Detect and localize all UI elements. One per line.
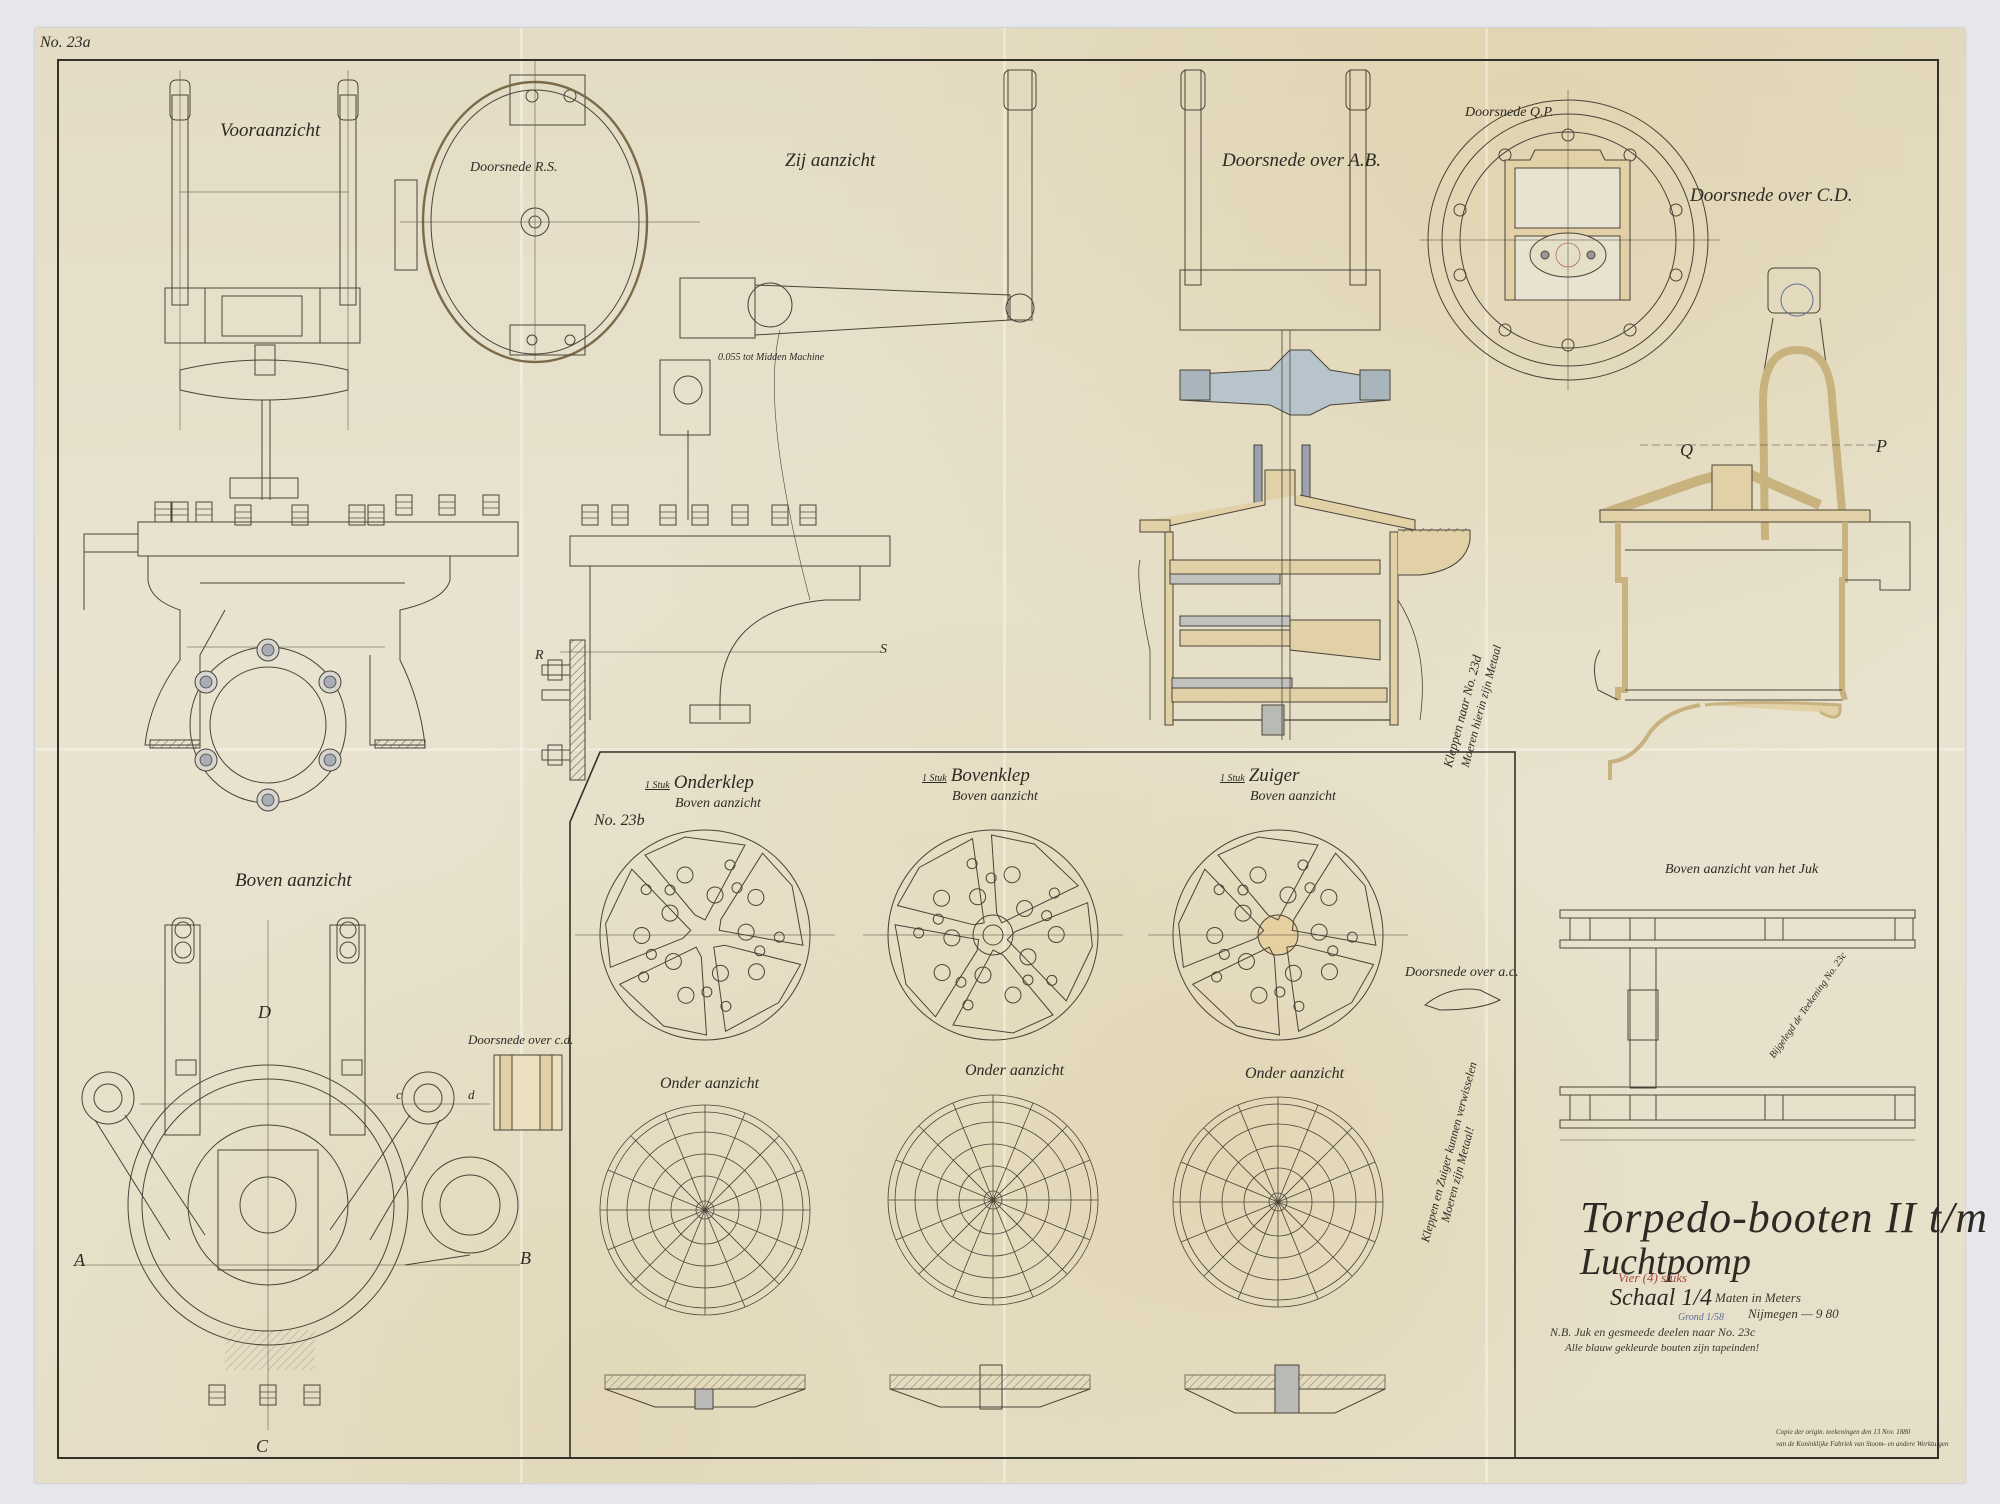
quantity-note: Vier (4) stuks	[1618, 1270, 1687, 1286]
yoke-drawing	[1560, 910, 1915, 1140]
valve-cross-sections	[605, 1365, 1385, 1413]
units-note: Maten in Meters	[1715, 1290, 1801, 1306]
letter-S: S	[880, 642, 887, 658]
letter-A: A	[74, 1250, 85, 1271]
note-2: Alle blauw gekleurde bouten zijn tapeind…	[1565, 1342, 1759, 1354]
part-qty: 1 Stuk	[645, 780, 670, 791]
place-date: Nijmegen — 9 80	[1748, 1306, 1839, 1322]
label-section-qp: Doorsnede Q.P.	[1465, 105, 1554, 121]
label-bottom-view-1: Onder aanzicht	[660, 1075, 759, 1093]
label-section-cd: Doorsnede over C.D.	[1690, 185, 1853, 207]
letter-c: c	[396, 1087, 402, 1103]
label-bottom-view-3: Onder aanzicht	[1245, 1065, 1344, 1083]
label-bottom-view-2: Onder aanzicht	[965, 1062, 1064, 1080]
valve-discs-bottom	[600, 1095, 1383, 1315]
part-name: Zuiger	[1249, 765, 1300, 786]
top-view-drawing	[75, 918, 562, 1430]
front-view-drawing	[84, 70, 518, 811]
title-line-1: Torpedo-booten II t/m V	[1580, 1192, 2000, 1243]
note-1: N.B. Juk en gesmeede deelen naar No. 23c	[1550, 1325, 1755, 1340]
part-view: Boven aanzicht	[952, 789, 1038, 804]
part-name: Bovenklep	[951, 765, 1030, 786]
part-bovenklep: 1 Stuk Bovenklep Boven aanzicht	[922, 765, 1038, 805]
part-name: Onderklep	[674, 772, 754, 793]
letter-P: P	[1876, 436, 1887, 457]
part-onderklep: 1 Stuk Onderklep Boven aanzicht	[645, 772, 761, 812]
section-rs-drawing	[395, 60, 700, 362]
valve-discs-top	[575, 820, 1408, 1049]
letter-C: C	[256, 1436, 268, 1457]
part-zuiger: 1 Stuk Zuiger Boven aanzicht	[1220, 765, 1336, 805]
label-section-rs: Doorsnede R.S.	[470, 160, 558, 176]
label-section-cd-small: Doorsnede over c.d.	[468, 1032, 573, 1048]
part-view: Boven aanzicht	[1250, 789, 1336, 804]
stamp: Grond 1/58	[1678, 1312, 1724, 1323]
side-note: 0.055 tot Midden Machine	[718, 352, 824, 363]
scale-label: Schaal 1/4	[1610, 1285, 1712, 1312]
letter-B: B	[520, 1248, 531, 1269]
letter-D: D	[258, 1002, 271, 1023]
section-cd-drawing	[1594, 268, 1910, 780]
section-qp-drawing	[1420, 90, 1720, 390]
label-top-view: Boven aanzicht	[235, 870, 352, 892]
sheet-number: No. 23a	[40, 34, 91, 52]
part-view: Boven aanzicht	[675, 796, 761, 811]
letter-Q: Q	[1680, 440, 1693, 461]
label-section-ac: Doorsnede over a.c.	[1405, 965, 1519, 981]
label-yoke-top: Boven aanzicht van het Juk	[1665, 862, 1818, 878]
copy-note-2: van de Koninklijke Fabriek van Stoom- en…	[1776, 1440, 1949, 1448]
copy-note-1: Copie der origin. teekeningen den 13 Nov…	[1776, 1428, 1910, 1436]
part-qty: 1 Stuk	[922, 773, 947, 784]
label-front-view: Vooraanzicht	[220, 120, 320, 142]
section-ac-drawing	[1425, 989, 1500, 1010]
letter-R: R	[535, 648, 544, 664]
letter-d: d	[468, 1087, 475, 1103]
panel-ref: No. 23b	[594, 812, 645, 830]
part-qty: 1 Stuk	[1220, 773, 1245, 784]
side-view-drawing	[542, 70, 1036, 780]
label-side-view: Zij aanzicht	[785, 150, 875, 172]
label-section-ab: Doorsnede over A.B.	[1222, 150, 1381, 172]
